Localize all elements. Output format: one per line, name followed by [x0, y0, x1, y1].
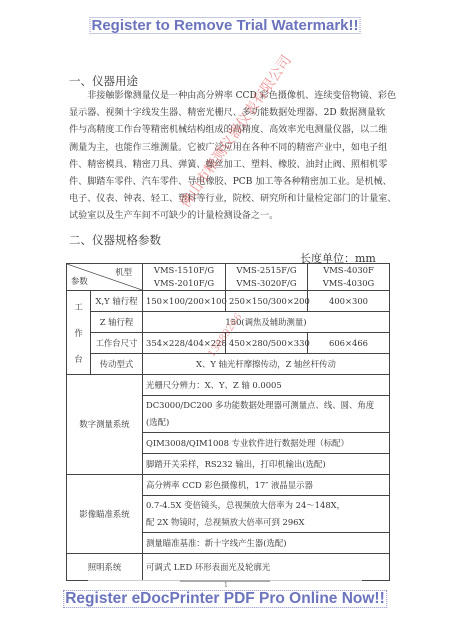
paragraph-line: 试验室以及生产车间不可缺少的计量检测设备之一。 [69, 208, 387, 225]
cell-value: 400×300 [308, 291, 390, 312]
cell-value: 脚踏开关采样，RS232 输出，打印机输出(选配) [143, 454, 390, 475]
trial-watermark-top[interactable]: Register to Remove Trial Watermark!! [89, 17, 360, 34]
row-label: X,Y 轴行程 [91, 291, 143, 312]
trial-watermark-bottom[interactable]: Register eDocPrinter PDF Pro Online Now!… [63, 590, 387, 608]
cell-value: 250×150/300×200 [226, 291, 308, 312]
paragraph-line: 测量为主，也能作三维测量。它被广泛应用在各种不同的精密产业中，如电子组 [69, 140, 387, 157]
cell-value: 测量瞄准基准：新十字线产生器(选配) [143, 533, 390, 554]
paragraph-line: 非接触影像测量仪是一种由高分辨率 CCD 彩色摄像机、连续变倍物镜、彩色 [69, 88, 387, 105]
usage-paragraph: 非接触影像测量仪是一种由高分辨率 CCD 彩色摄像机、连续变倍物镜、彩色 显示器… [69, 88, 387, 226]
cell-value: DC3000/DC200 多功能数据处理器可测量点、线、圆、角度(选配) [143, 396, 390, 433]
table-row: 传动型式 X、Y 轴光杆摩擦传动，Z 轴丝杆传动 [67, 354, 390, 375]
lighting-system-label: 照明系统 [67, 554, 143, 581]
model-column-header: VMS-4030FVMS-4030G [308, 264, 390, 291]
paragraph-line: 件、精密模具、精密刀具、弹簧、螺丝加工、塑料、橡胶、油封止阀、照相机零 [69, 157, 387, 174]
cell-value: 可调式 LED 环形表面光及轮廓光 [143, 554, 390, 581]
row-label: 工作台尺寸 [91, 333, 143, 354]
imaging-system-label: 影像瞄准系统 [67, 475, 143, 554]
cell-value: 450×280/500×330 [226, 333, 308, 354]
worktable-group-label: 工作台 [67, 291, 91, 375]
table-row: Z 轴行程 150(调焦及辅助测量) [67, 312, 390, 333]
cell-value: 150×100/200×100 [143, 291, 226, 312]
table-row: 影像瞄准系统 高分辨率 CCD 彩色摄像机，17″ 液晶显示器 [67, 475, 390, 496]
table-row: 工作台 X,Y 轴行程 150×100/200×100 250×150/300×… [67, 291, 390, 312]
cell-value: 606×466 [308, 333, 390, 354]
digital-system-label: 数字测量系统 [67, 375, 143, 475]
paragraph-line: 件与高精度工作台等精密机械结构组成的高精度、高效率光电测量仪器，以二维 [69, 122, 387, 139]
section-heading-specs: 二、仪器规格参数 [69, 232, 161, 248]
cell-value: 354×228/404×228 [143, 333, 226, 354]
cell-value: 光栅尺分辨力：X、Y、Z 轴 0.0005 [143, 375, 390, 396]
table-row: 工作台尺寸 354×228/404×228 450×280/500×330 60… [67, 333, 390, 354]
header-param-label: 参数 [71, 275, 88, 288]
header-model-label: 机型 [115, 266, 132, 279]
cell-value: 150(调焦及辅助测量) [143, 312, 390, 333]
table-header-row: 机型 参数 VMS-1510F/GVMS-2010F/G VMS-2515F/G… [67, 264, 390, 291]
cell-value: QIM3008/QIM1008 专业软件进行数据处理（标配） [143, 433, 390, 454]
cell-value: 0.7-4.5X 变倍镜头，总视频放大倍率为 24～148X，配 2X 物镜时，… [143, 496, 390, 533]
table-row: 数字测量系统 光栅尺分辨力：X、Y、Z 轴 0.0005 [67, 375, 390, 396]
paragraph-line: 件、脚踏车零件、汽车零件、导电橡胶、PCB 加工等各种精密加工业。是机械、 [69, 174, 387, 191]
row-label: Z 轴行程 [91, 312, 143, 333]
model-column-header: VMS-2515F/GVMS-3020F/G [226, 264, 308, 291]
row-label: 传动型式 [91, 354, 143, 375]
page-number: 1 [224, 582, 228, 589]
cell-value: 高分辨率 CCD 彩色摄像机，17″ 液晶显示器 [143, 475, 390, 496]
table-row: 照明系统 可调式 LED 环形表面光及轮廓光 [67, 554, 390, 581]
paragraph-line: 电子、仪表、钟表、轻工、塑料等行业，院校、研究所和计量检定部门的计量室、 [69, 191, 387, 208]
model-column-header: VMS-1510F/GVMS-2010F/G [143, 264, 226, 291]
paragraph-line: 显示器、视频十字线发生器、精密光栅尺、多功能数据处理器、2D 数据测量软 [69, 105, 387, 122]
diagonal-header-cell: 机型 参数 [67, 264, 143, 291]
spec-table: 机型 参数 VMS-1510F/GVMS-2010F/G VMS-2515F/G… [66, 263, 390, 581]
section-heading-usage: 一、仪器用途 [69, 73, 138, 89]
cell-value: X、Y 轴光杆摩擦传动，Z 轴丝杆传动 [143, 354, 390, 375]
